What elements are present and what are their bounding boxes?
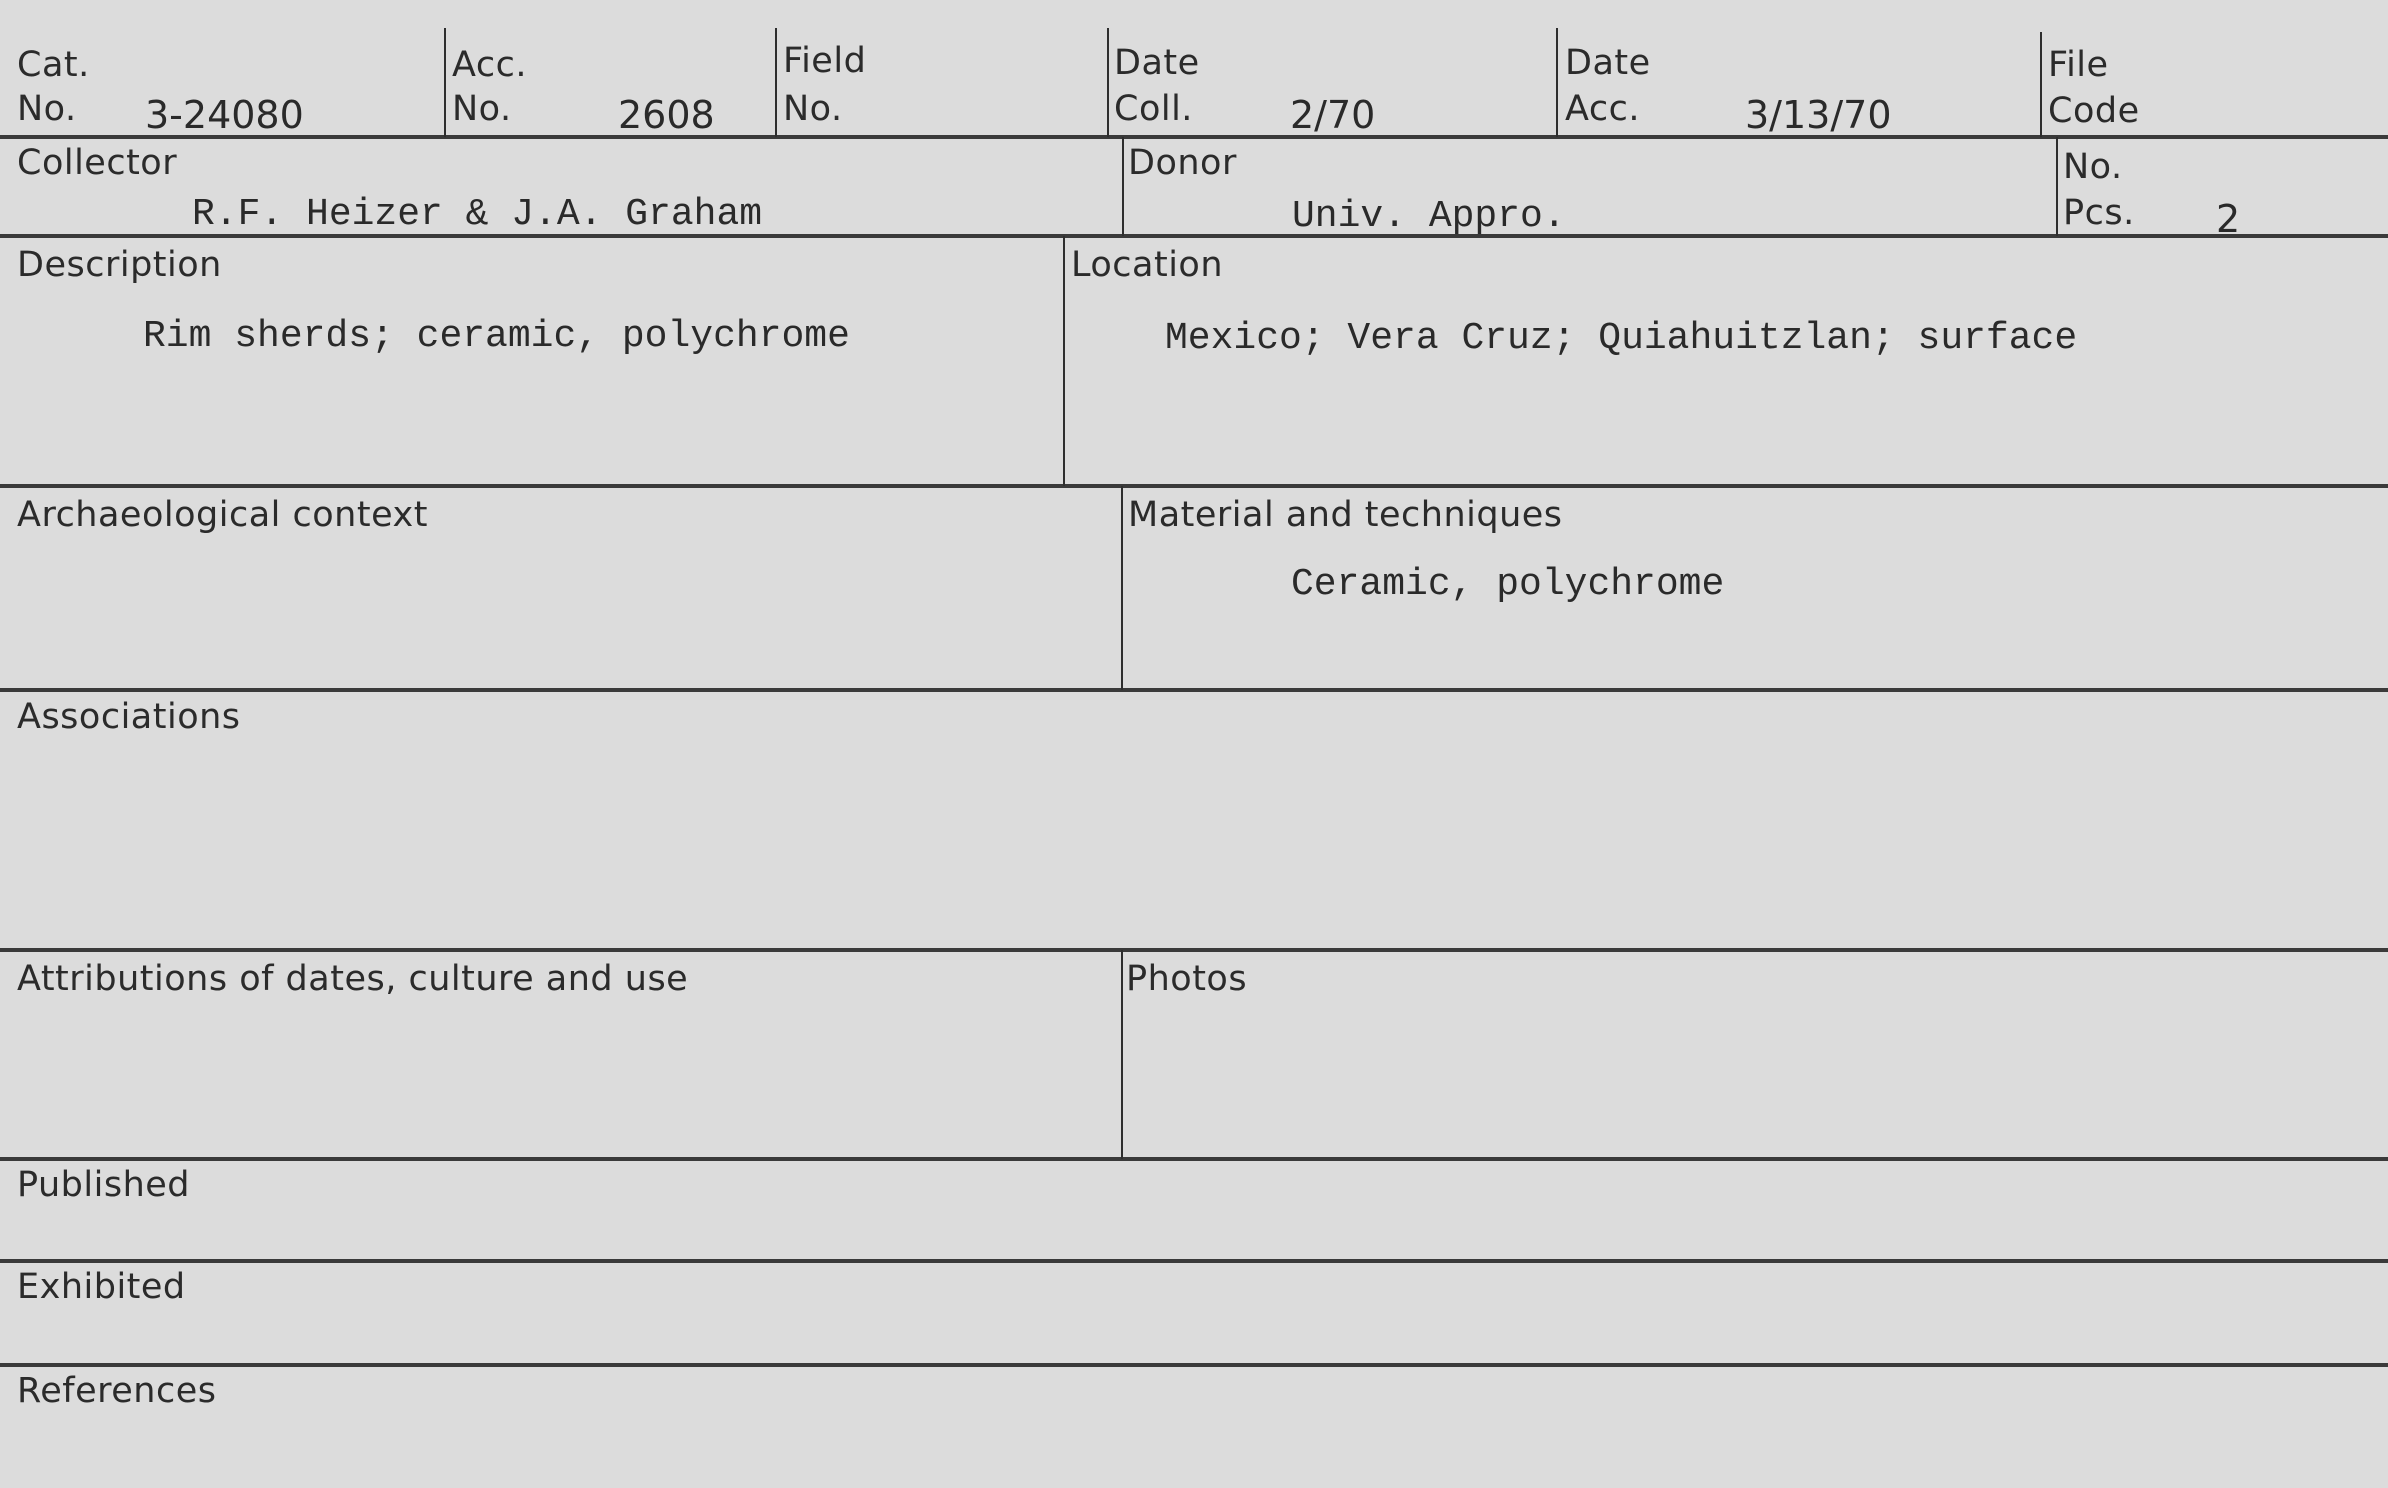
date-collected-label-2: Coll. [1114,92,1193,127]
donor-label: Donor [1128,146,1237,181]
collector-value: R.F. Heizer & J.A. Graham [192,196,762,234]
exhibited-label: Exhibited [17,1270,186,1305]
col-divider-donor [1122,137,1124,236]
col-divider-date-coll [1107,28,1109,137]
accession-number-label-1: Acc. [452,48,527,83]
published-label: Published [17,1168,190,1203]
associations-label: Associations [17,700,241,735]
row-divider-associations [0,948,2388,952]
photos-label: Photos [1126,962,1247,997]
date-accessioned-value: 3/13/70 [1745,96,1892,134]
description-label: Description [17,248,222,283]
number-of-pieces-value: 2 [2216,200,2240,238]
archaeological-context-label: Archaeological context [17,498,428,533]
date-collected-value: 2/70 [1290,96,1375,134]
material-and-techniques-value: Ceramic, polychrome [1291,566,1724,604]
col-divider-date-acc [1556,28,1558,137]
description-value: Rim sherds; ceramic, polychrome [143,318,850,356]
location-label: Location [1071,248,1223,283]
col-divider-field [775,28,777,137]
col-divider-pcs [2056,137,2058,236]
col-divider-photos [1121,950,1123,1159]
row-divider-description [0,484,2388,488]
catalog-number-value: 3-24080 [145,96,304,134]
row-divider-attributions [0,1157,2388,1161]
accession-number-value: 2608 [618,96,715,134]
col-divider-file-code [2040,32,2042,137]
donor-value: Univ. Appro. [1292,198,1566,236]
file-code-label-1: File [2048,48,2109,83]
date-accessioned-label-1: Date [1565,46,1651,81]
col-divider-material [1121,486,1123,690]
col-divider-acc [444,28,446,137]
catalog-number-label-1: Cat. [17,48,90,83]
location-value: Mexico; Vera Cruz; Quiahuitzlan; surface [1165,320,2077,358]
row-divider-exhibited [0,1363,2388,1367]
catalog-card: Cat. No. 3-24080 Acc. No. 2608 Field No.… [0,0,2388,1488]
number-of-pieces-label-2: Pcs. [2063,196,2135,231]
field-number-label-1: Field [783,44,866,79]
row-divider-published [0,1259,2388,1263]
date-collected-label-1: Date [1114,46,1200,81]
field-number-label-2: No. [783,92,843,127]
number-of-pieces-label-1: No. [2063,150,2123,185]
file-code-label-2: Code [2048,94,2140,129]
accession-number-label-2: No. [452,92,512,127]
date-accessioned-label-2: Acc. [1565,92,1640,127]
attributions-label: Attributions of dates, culture and use [17,962,688,997]
collector-label: Collector [17,146,177,181]
references-label: References [17,1374,216,1409]
material-and-techniques-label: Material and techniques [1128,498,1563,533]
row-divider-context [0,688,2388,692]
col-divider-location [1063,236,1065,486]
catalog-number-label-2: No. [17,92,77,127]
row-divider-top [0,135,2388,139]
